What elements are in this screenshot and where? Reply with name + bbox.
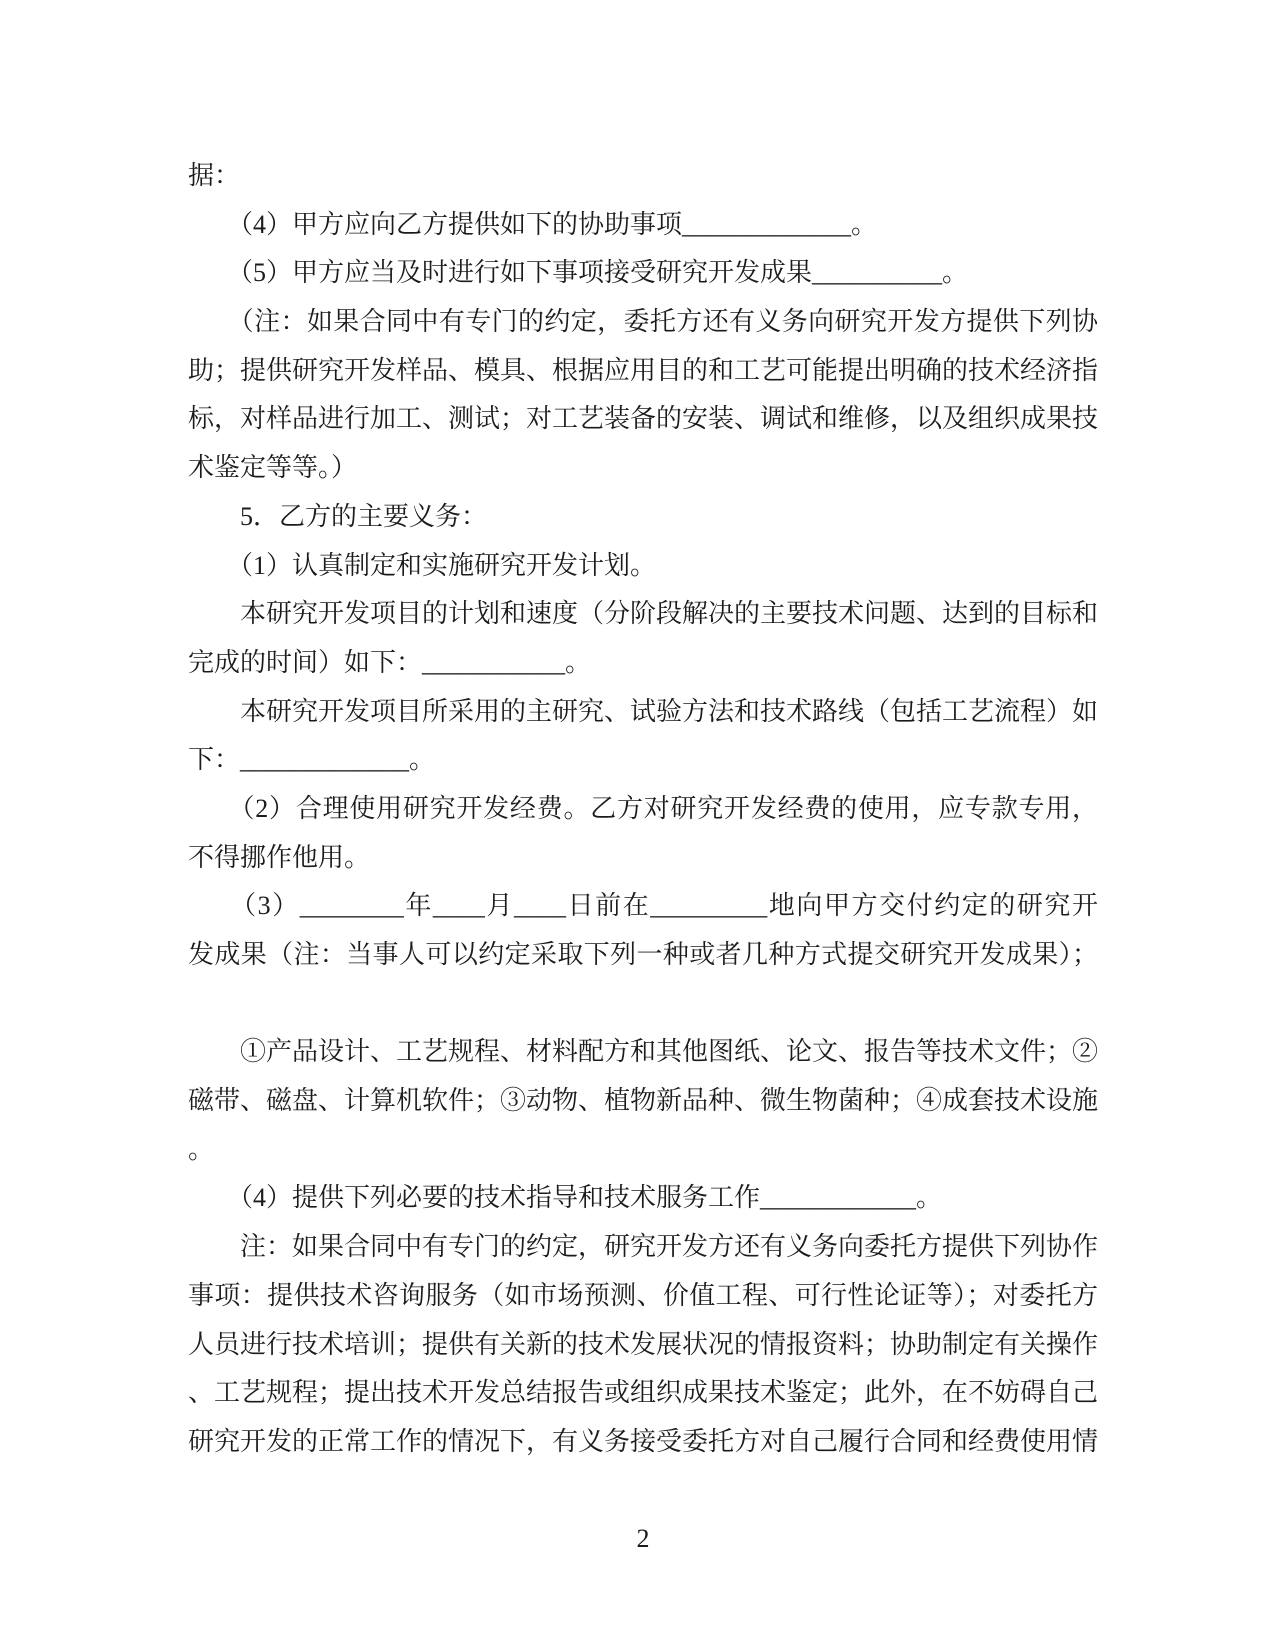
document-line: （1）认真制定和实施研究开发计划。 (188, 542, 1098, 591)
document-line: 本研究开发项目的计划和速度（分阶段解决的主要技术问题、达到的目标和 (188, 590, 1098, 639)
document-line: 人员进行技术培训；提供有关新的技术发展状况的情报资料；协助制定有关操作 (188, 1321, 1098, 1370)
document-line: 完成的时间）如下：___________。 (188, 639, 1098, 688)
document-line: （2）合理使用研究开发经费。乙方对研究开发经费的使用，应专款专用， (188, 785, 1098, 834)
document-line: ①产品设计、工艺规程、材料配方和其他图纸、论文、报告等技术文件；② (188, 1028, 1098, 1077)
document-line: 。 (188, 1126, 1098, 1175)
document-line: 标，对样品进行加工、测试；对工艺装备的安装、调试和维修，以及组织成果技 (188, 395, 1098, 444)
document-line: 助；提供研究开发样品、模具、根据应用目的和工艺可能提出明确的技术经济指 (188, 347, 1098, 396)
document-line: 下：_____________。 (188, 736, 1098, 785)
document-line: 不得挪作他用。 (188, 834, 1098, 883)
document-line: 磁带、磁盘、计算机软件；③动物、植物新品种、微生物菌种；④成套技术设施 (188, 1077, 1098, 1126)
document-line: 5．乙方的主要义务： (188, 493, 1098, 542)
document-line: （4）提供下列必要的技术指导和技术服务工作____________。 (188, 1174, 1098, 1223)
document-lines: 据： （4）甲方应向乙方提供如下的协助事项_____________。 （5）甲… (188, 152, 1098, 1467)
document-line: （注：如果合同中有专门的约定，委托方还有义务向研究开发方提供下列协 (188, 298, 1098, 347)
document-line: （3）________年____月____日前在_________地向甲方交付约… (188, 882, 1098, 931)
document-line: （4）甲方应向乙方提供如下的协助事项_____________。 (188, 201, 1098, 250)
document-line: 事项：提供技术咨询服务（如市场预测、价值工程、可行性论证等）；对委托方 (188, 1272, 1098, 1321)
document-line: 发成果（注：当事人可以约定采取下列一种或者几种方式提交研究开发成果）； (188, 931, 1098, 980)
document-line: 术鉴定等等。） (188, 444, 1098, 493)
document-line: 据： (188, 152, 1098, 201)
document-page: 据： （4）甲方应向乙方提供如下的协助事项_____________。 （5）甲… (0, 0, 1275, 1651)
document-line: （5）甲方应当及时进行如下事项接受研究开发成果__________。 (188, 249, 1098, 298)
document-line: 研究开发的正常工作的情况下，有义务接受委托方对自己履行合同和经费使用情 (188, 1418, 1098, 1467)
document-line (188, 980, 1098, 1029)
document-line: 注：如果合同中有专门的约定，研究开发方还有义务向委托方提供下列协作 (188, 1223, 1098, 1272)
page-number: 2 (188, 1515, 1098, 1564)
document-line: 、工艺规程；提出技术开发总结报告或组织成果技术鉴定；此外，在不妨碍自己 (188, 1369, 1098, 1418)
document-line: 本研究开发项目所采用的主研究、试验方法和技术路线（包括工艺流程）如 (188, 688, 1098, 737)
